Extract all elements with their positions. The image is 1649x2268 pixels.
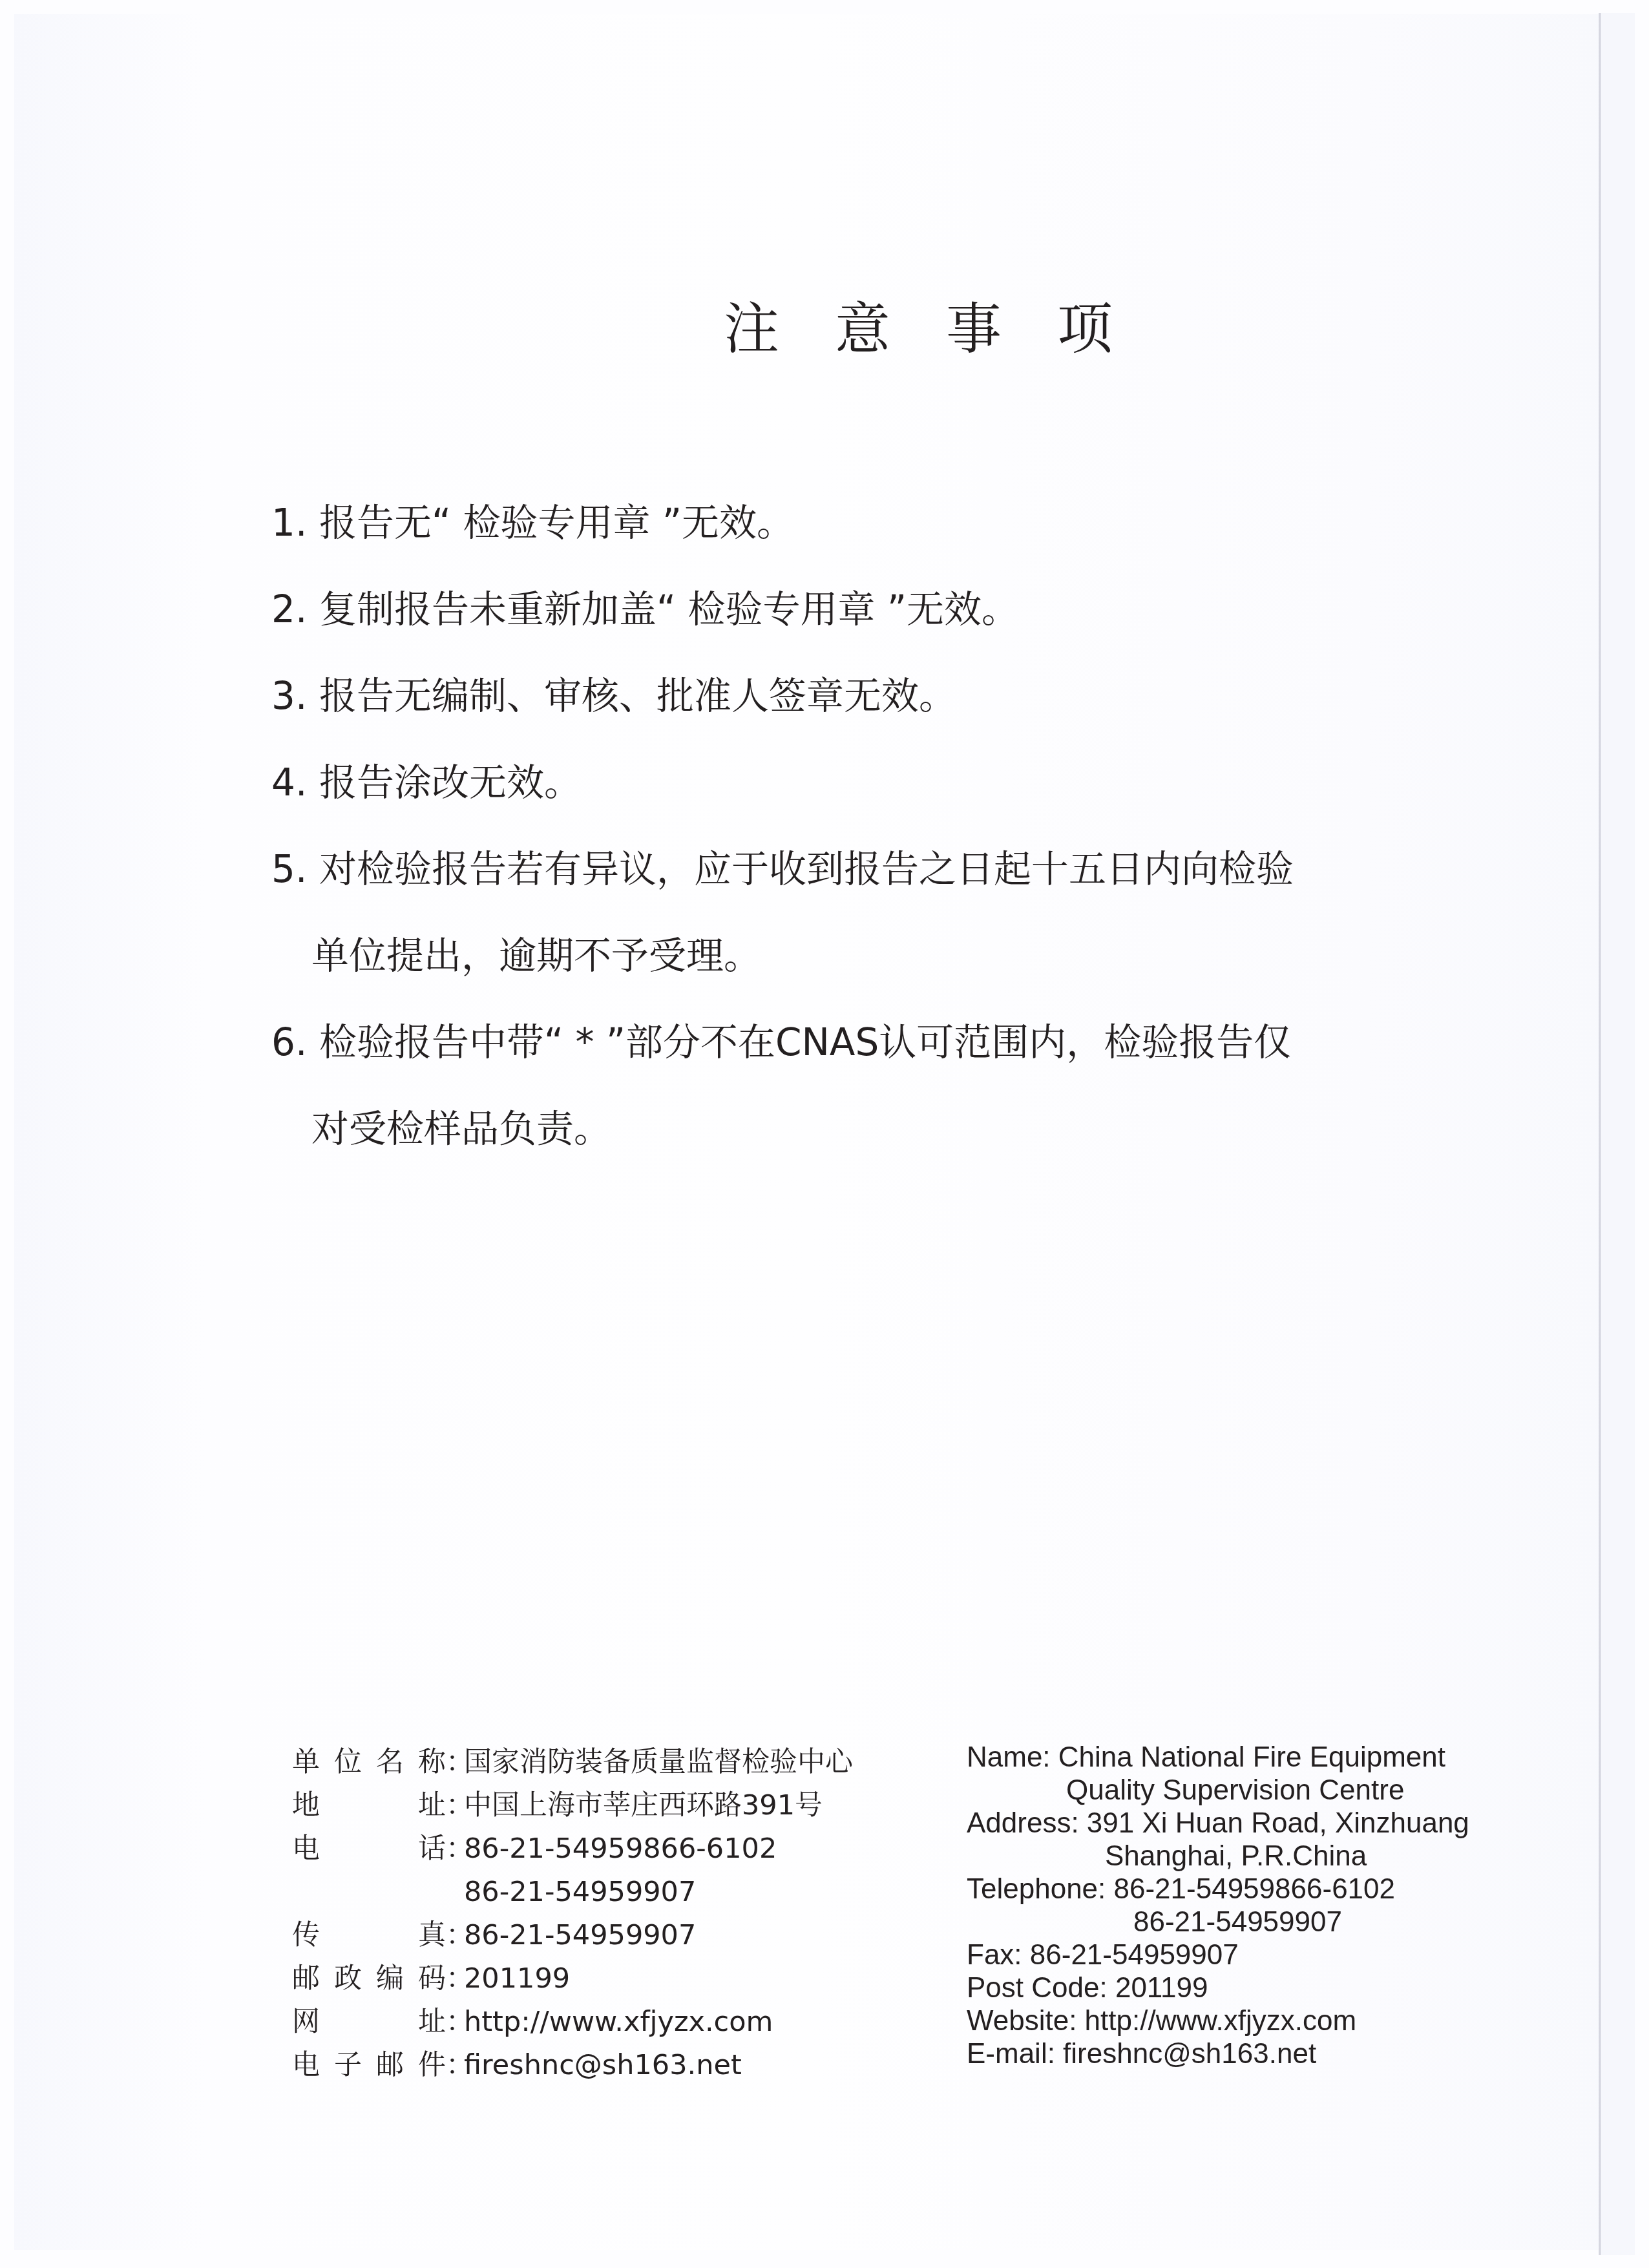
note-number: 2. xyxy=(271,566,319,653)
field-colon: ： xyxy=(446,1827,461,1871)
note-item-5: 5.对检验报告若有异议，应于收到报告之日起十五日内向检验 xyxy=(271,826,1499,912)
contact-en-fax: Fax: 86-21-54959907 xyxy=(967,1938,1469,1971)
label-char: 单 xyxy=(292,1741,320,1784)
postcode-value: 201199 xyxy=(464,1957,570,2000)
label-char: 称 xyxy=(418,1741,446,1784)
field-colon: ： xyxy=(446,1914,461,1957)
note-text: 报告无“ 检验专用章 ”无效。 xyxy=(319,501,794,545)
contact-en-email[interactable]: E-mail: fireshnc@sh163.net xyxy=(967,2037,1469,2070)
telephone-value: 86-21-54959907 xyxy=(464,1871,696,1914)
note-number: 4. xyxy=(271,739,319,826)
contact-en-name-continuation: Quality Supervision Centre xyxy=(967,1774,1469,1807)
note-item-1: 1.报告无“ 检验专用章 ”无效。 xyxy=(271,479,1499,566)
label-char: 名 xyxy=(376,1741,404,1784)
contact-cn-address: 地 址 ： 中国上海市莘庄西环路391号 xyxy=(292,1784,853,1827)
contact-en-address-continuation: Shanghai, P.R.China xyxy=(967,1840,1469,1873)
field-label: 传 真 xyxy=(292,1914,446,1957)
note-number: 6. xyxy=(271,999,319,1086)
note-item-6-continuation: 对受检样品负责。 xyxy=(271,1086,1499,1172)
contact-cn-email: 电 子 邮 件 ： fireshnc@sh163.net xyxy=(292,2044,853,2087)
label-char: 传 xyxy=(292,1914,320,1957)
label-char: 址 xyxy=(418,2000,446,2044)
contact-en-address: Address: 391 Xi Huan Road, Xinzhuang xyxy=(967,1807,1469,1840)
label-char: 址 xyxy=(418,1784,446,1827)
field-label: 电 话 xyxy=(292,1827,446,1871)
website-link[interactable]: http://www.xfjyzx.com xyxy=(464,2000,773,2044)
field-colon: ： xyxy=(446,2000,461,2044)
note-number: 5. xyxy=(271,826,319,912)
label-char: 电 xyxy=(292,1827,320,1871)
label-char: 地 xyxy=(292,1784,320,1827)
notes-list: 1.报告无“ 检验专用章 ”无效。 2.复制报告未重新加盖“ 检验专用章 ”无效… xyxy=(271,479,1499,1172)
note-text: 报告涂改无效。 xyxy=(319,761,582,804)
contact-en-telephone: Telephone: 86-21-54959866-6102 xyxy=(967,1873,1469,1906)
field-label: 地 址 xyxy=(292,1784,446,1827)
note-item-5-continuation: 单位提出，逾期不予受理。 xyxy=(271,912,1499,999)
label-char: 网 xyxy=(292,2000,320,2044)
label-char: 编 xyxy=(376,1957,404,2000)
note-item-4: 4.报告涂改无效。 xyxy=(271,739,1499,826)
title-char: 注 xyxy=(724,284,835,364)
note-text: 对检验报告若有异议，应于收到报告之日起十五日内向检验 xyxy=(319,847,1294,891)
field-colon: ： xyxy=(446,2044,461,2087)
page-title: 注 意 事 项 xyxy=(724,284,1168,364)
note-number: 3. xyxy=(271,653,319,739)
field-colon: ： xyxy=(446,1784,461,1827)
fax-value: 86-21-54959907 xyxy=(464,1914,696,1957)
title-char: 意 xyxy=(835,284,946,364)
label-char: 邮 xyxy=(292,1957,320,2000)
note-text: 检验报告中带“ * ”部分不在CNAS认可范围内，检验报告仅 xyxy=(319,1020,1291,1064)
label-char: 件 xyxy=(418,2044,446,2087)
label-char: 子 xyxy=(334,2044,362,2087)
contact-block-chinese: 单 位 名 称 ： 国家消防装备质量监督检验中心 地 址 ： 中国上海市莘庄西环… xyxy=(292,1741,853,2087)
label-char: 话 xyxy=(418,1827,446,1871)
field-label: 单 位 名 称 xyxy=(292,1741,446,1784)
field-colon: ： xyxy=(446,1957,461,2000)
label-char: 邮 xyxy=(376,2044,404,2087)
field-label: 电 子 邮 件 xyxy=(292,2044,446,2087)
contact-cn-name: 单 位 名 称 ： 国家消防装备质量监督检验中心 xyxy=(292,1741,853,1784)
note-number: 1. xyxy=(271,479,319,566)
field-label: 邮 政 编 码 xyxy=(292,1957,446,2000)
note-text: 复制报告未重新加盖“ 检验专用章 ”无效。 xyxy=(319,587,1019,631)
note-item-3: 3.报告无编制、审核、批准人签章无效。 xyxy=(271,653,1499,739)
title-char: 项 xyxy=(1057,284,1168,364)
label-char: 码 xyxy=(418,1957,446,2000)
contact-en-website[interactable]: Website: http://www.xfjyzx.com xyxy=(967,2004,1469,2037)
page-fold-line xyxy=(1599,13,1601,2255)
title-char: 事 xyxy=(946,284,1057,364)
contact-cn-fax: 传 真 ： 86-21-54959907 xyxy=(292,1914,853,1957)
contact-cn-telephone-2: 86-21-54959907 xyxy=(292,1871,853,1914)
address-value: 中国上海市莘庄西环路391号 xyxy=(464,1784,823,1827)
contact-en-name: Name: China National Fire Equipment xyxy=(967,1741,1469,1774)
email-link[interactable]: fireshnc@sh163.net xyxy=(464,2044,742,2087)
label-char: 真 xyxy=(418,1914,446,1957)
contact-cn-website: 网 址 ： http://www.xfjyzx.com xyxy=(292,2000,853,2044)
note-text: 对受检样品负责。 xyxy=(311,1107,611,1151)
telephone-value: 86-21-54959866-6102 xyxy=(464,1827,777,1871)
note-text: 单位提出，逾期不予受理。 xyxy=(311,934,761,978)
page-right-margin xyxy=(1601,13,1635,2255)
contact-en-postcode: Post Code: 201199 xyxy=(967,1971,1469,2004)
contact-cn-postcode: 邮 政 编 码 ： 201199 xyxy=(292,1957,853,2000)
note-text: 报告无编制、审核、批准人签章无效。 xyxy=(319,674,956,718)
label-char: 位 xyxy=(334,1741,362,1784)
contact-cn-telephone: 电 话 ： 86-21-54959866-6102 xyxy=(292,1827,853,1871)
field-colon: ： xyxy=(446,1741,461,1784)
field-label: 网 址 xyxy=(292,2000,446,2044)
note-item-6: 6.检验报告中带“ * ”部分不在CNAS认可范围内，检验报告仅 xyxy=(271,999,1499,1086)
label-char: 电 xyxy=(292,2044,320,2087)
contact-block-english: Name: China National Fire Equipment Qual… xyxy=(967,1741,1469,2070)
contact-en-telephone-2: 86-21-54959907 xyxy=(967,1906,1469,1938)
note-item-2: 2.复制报告未重新加盖“ 检验专用章 ”无效。 xyxy=(271,566,1499,653)
label-char: 政 xyxy=(334,1957,362,2000)
organization-name: 国家消防装备质量监督检验中心 xyxy=(464,1741,853,1784)
